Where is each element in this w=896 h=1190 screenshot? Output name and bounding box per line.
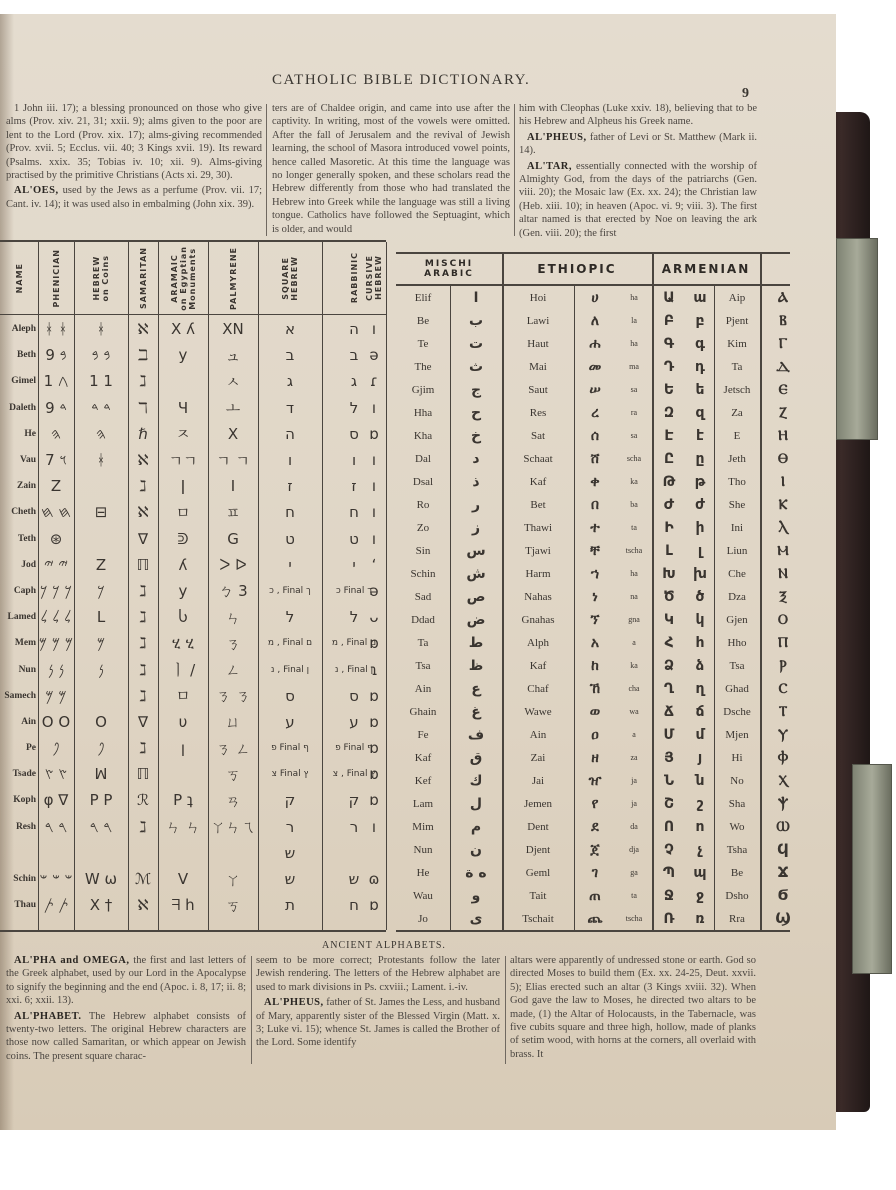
letter-name: Bet <box>502 493 574 516</box>
sub-column-letters: ሀለሐመሠረሰሸቀበተቸኀነኘአከኸወዐዘዠየደጀገጠጨ <box>574 286 616 930</box>
letter-name: Kha <box>396 424 450 447</box>
letter-glyph: ո <box>686 815 714 838</box>
letter-name: Schaat <box>502 447 574 470</box>
letter-glyph: ℷ <box>128 630 158 656</box>
letter-glyph: Է <box>652 424 686 447</box>
letter-glyph: ɒ <box>362 735 386 761</box>
letter-glyph: ᐳ ᐅ <box>208 552 258 578</box>
paragraph: AL'TAR, essentially connected with the w… <box>519 160 757 240</box>
letter-glyph: ℵ <box>128 447 158 473</box>
letter-glyph: y <box>158 342 208 368</box>
syllable-value: za <box>616 746 652 769</box>
letter-glyph: Ⲏ <box>760 424 790 447</box>
letter-glyph: ሸ <box>574 447 616 470</box>
letter-name: Res <box>502 401 574 424</box>
letter-glyph: ℷ <box>128 656 158 682</box>
sub-column-names: HoiLawiHautMaiSautResSatSchaatKafBetThaw… <box>502 286 575 930</box>
letter-glyph: ℛ <box>128 787 158 813</box>
letter-glyph: Հ <box>652 631 686 654</box>
letter-glyph: خ <box>450 424 502 447</box>
letter-glyph: ا <box>450 286 502 309</box>
letter-glyph: ℿ <box>128 761 158 787</box>
letter-glyph: Թ <box>652 470 686 493</box>
letter-glyph: ע <box>258 709 322 735</box>
column-header-label: HEBREW on Coins <box>92 255 110 302</box>
letter-glyph: Ճ <box>652 700 686 723</box>
letter-glyph: ∇ <box>128 709 158 735</box>
letter-glyph: ℵ <box>128 892 158 918</box>
letter-glyph: Ն <box>652 769 686 792</box>
letter-name: Nun <box>396 838 450 861</box>
letter-name: Nun <box>0 656 38 682</box>
paragraph: AL'OES, used by the Jews as a perfume (P… <box>6 184 262 211</box>
paragraph: 1 John iii. 17); a blessing pronounced o… <box>6 102 262 182</box>
letter-glyph: հ <box>686 631 714 654</box>
letter-glyph: ꟽ <box>74 761 128 787</box>
letter-glyph: ℷ <box>128 578 158 604</box>
section-header: MISCHI ARABIC <box>396 254 502 286</box>
letter-glyph: ረ <box>574 401 616 424</box>
letter-glyph: م <box>450 815 502 838</box>
letter-glyph: Ⲓ <box>760 470 790 493</box>
letter-glyph <box>208 840 258 866</box>
column-header-label: SAMARITAN <box>139 247 148 309</box>
letter-glyph: ذ <box>450 470 502 493</box>
syllable-value: ga <box>616 861 652 884</box>
letter-glyph: ㄢ <box>208 787 258 813</box>
syllable-value: ja <box>616 792 652 815</box>
letter-glyph: צ Final ץ <box>258 761 322 787</box>
letter-glyph: մ <box>686 723 714 746</box>
letter-glyph: ᚼ <box>74 447 128 473</box>
letter-glyph: 𐤑 𐤑 <box>38 761 74 787</box>
letter-glyph: ⊟ <box>74 499 128 525</box>
letter-name: Hho <box>714 631 760 654</box>
letter-glyph: ㄩ <box>208 709 258 735</box>
letter-glyph: Զ <box>652 401 686 424</box>
letter-glyph <box>74 840 128 866</box>
letter-glyph: ض <box>450 608 502 631</box>
alphabet-column: SAMARITANℵℶℷℸℏℵℷℵ∇ℿℷℷℷℷℷ∇ℷℿℛℷℳℵ <box>128 242 159 930</box>
syllable-value: ba <box>616 493 652 516</box>
letter-glyph: ı <box>362 473 386 499</box>
letter-glyph: የ <box>574 792 616 815</box>
letter-glyph: ㄱ ㄱ <box>208 447 258 473</box>
letter-glyph: ס <box>258 683 322 709</box>
syllable-value: wa <box>616 700 652 723</box>
letter-glyph: 𐤓 𐤓 <box>38 814 74 840</box>
letter-glyph: Ⲯ <box>760 792 790 815</box>
letter-glyph: L <box>74 604 128 630</box>
letter-glyph: 𐤐 <box>38 735 74 761</box>
letter-glyph: د <box>450 447 502 470</box>
letter-glyph: 𐤃 9 <box>38 395 74 421</box>
text-column-top-1: 1 John iii. 17); a blessing pronounced o… <box>6 102 262 213</box>
arabic-ethiopic-armenian-coptic-table: MISCHI ARABICElifBeTeTheGjimHhaKhaDalDsa… <box>396 252 790 932</box>
syllable-value: la <box>616 309 652 332</box>
letter-glyph: Պ <box>652 861 686 884</box>
letter-name: Pe <box>0 735 38 761</box>
letter-glyph: ℷ <box>128 814 158 840</box>
letter-glyph: կ <box>686 608 714 631</box>
letter-glyph: ㅅ <box>208 368 258 394</box>
letter-glyph: ط <box>450 631 502 654</box>
letter-name: Ini <box>714 516 760 539</box>
letter-glyph: 𐤌 𐤌 <box>38 683 74 709</box>
letter-glyph: ነ <box>574 585 616 608</box>
letter-name: Wau <box>396 884 450 907</box>
letter-glyph: գ <box>686 332 714 355</box>
letter-glyph: נ , Final ן <box>258 656 322 682</box>
letter-glyph: ሰ <box>574 424 616 447</box>
letter-glyph: Z <box>38 473 74 499</box>
letter-glyph: Դ <box>652 355 686 378</box>
column-divider <box>505 956 506 1064</box>
letter-glyph: բ <box>686 309 714 332</box>
letter-glyph: Ⲣ <box>760 654 790 677</box>
letter-glyph: 𐤍 <box>74 656 128 682</box>
letter-glyph: 𐤌 𐤌 𐤌 <box>38 630 74 656</box>
column-header: HEBREW on Coins <box>74 242 128 315</box>
letter-glyph: ሀ <box>574 286 616 309</box>
letter-name: Tsa <box>396 654 450 677</box>
letter-glyph: ı <box>362 814 386 840</box>
letter-glyph: ℷ <box>128 473 158 499</box>
letter-glyph: ج <box>450 378 502 401</box>
letter-glyph: ㅣ / <box>158 656 208 682</box>
letter-glyph: X <box>208 421 258 447</box>
letter-name: Wo <box>714 815 760 838</box>
letter-name: Zo <box>396 516 450 539</box>
letter-glyph: ɒ <box>362 761 386 787</box>
letter-glyph: ն <box>686 769 714 792</box>
letter-glyph: Ⲗ <box>760 516 790 539</box>
letter-glyph: 𐤐 <box>74 735 128 761</box>
script-section-mischi-arabic: MISCHI ARABICElifBeTeTheGjimHhaKhaDalDsa… <box>396 254 504 930</box>
syllable-value: ha <box>616 286 652 309</box>
letter-glyph: ɒ <box>362 892 386 918</box>
letter-name: Che <box>714 562 760 585</box>
letter-name: Schin <box>0 866 38 892</box>
syllable-value: tscha <box>616 539 652 562</box>
letter-glyph: Ձ <box>652 654 686 677</box>
column-header-label: RABBINIC <box>350 252 359 303</box>
letter-glyph: ձ <box>686 654 714 677</box>
letter-glyph: լ <box>686 539 714 562</box>
letter-glyph: G <box>208 526 258 552</box>
letter-glyph: ʻ <box>362 552 386 578</box>
letter-glyph: ኸ <box>574 677 616 700</box>
letter-name: Elif <box>396 286 450 309</box>
column-divider <box>514 104 515 236</box>
letter-glyph: א <box>258 316 322 342</box>
letter-name: Sin <box>396 539 450 562</box>
text-column-top-2: ters are of Chaldee origin, and came int… <box>272 102 510 238</box>
section-header: COPTIC <box>760 254 790 286</box>
sub-column-small: աբգդեզէըթժիլխծկհձղճմյնշոչպջռ <box>686 286 715 930</box>
letter-glyph: Ⲱ <box>760 815 790 838</box>
letter-glyph <box>74 473 128 499</box>
letter-name: Samech <box>0 683 38 709</box>
letter-glyph: 1 1 <box>74 368 128 394</box>
letter-glyph: W ω <box>74 866 128 892</box>
letter-glyph: V <box>158 866 208 892</box>
letter-name: Hoi <box>502 286 574 309</box>
letter-glyph: ժ <box>686 493 714 516</box>
letter-glyph: Ⲩ <box>760 723 790 746</box>
letter-glyph: ɿ <box>362 656 386 682</box>
letter-glyph: պ <box>686 861 714 884</box>
letter-glyph: Խ <box>652 562 686 585</box>
letter-name: Teth <box>0 526 38 552</box>
letter-glyph: כ , Final ך <box>258 578 322 604</box>
letter-glyph: ገ <box>574 861 616 884</box>
letter-glyph: Ⲡ <box>760 631 790 654</box>
letter-glyph: ג <box>258 368 322 394</box>
letter-glyph: Ⲝ <box>760 585 790 608</box>
letter-glyph: ℷ <box>128 683 158 709</box>
syllable-value: cha <box>616 677 652 700</box>
letter-glyph: չ <box>686 838 714 861</box>
letter-glyph: ճ <box>686 700 714 723</box>
alphabet-column: ARAMAIC on Egyptian MonumentsX ʎyЧㅈㄱㄱǀㅁᕲ… <box>158 242 209 930</box>
letter-glyph: ث <box>450 355 502 378</box>
letter-name: Ta <box>714 355 760 378</box>
running-header-title: CATHOLIC BIBLE DICTIONARY. <box>272 72 530 89</box>
letter-glyph: O O <box>38 709 74 735</box>
column-header: NAME <box>0 242 38 315</box>
letter-glyph: Ա <box>652 286 686 309</box>
letter-glyph: ه ة <box>450 861 502 884</box>
column-header-label: ARAMAIC on Egyptian Monuments <box>170 246 197 311</box>
letter-glyph: ㅗ <box>208 395 258 421</box>
letter-name: Tait <box>502 884 574 907</box>
letter-glyph: ℵ <box>128 499 158 525</box>
letter-glyph: Ϥ <box>760 838 790 861</box>
letter-glyph: ᖷ h <box>158 892 208 918</box>
letter-glyph: Ⲫ <box>760 746 790 769</box>
letter-glyph: ל <box>258 604 322 630</box>
letter-glyph: ش <box>450 562 502 585</box>
letter-glyph: ሠ <box>574 378 616 401</box>
letter-glyph: ተ <box>574 516 616 539</box>
letter-name: No <box>714 769 760 792</box>
letter-glyph: ر <box>450 493 502 516</box>
letter-glyph: ը <box>686 447 714 470</box>
alphabet-column: HEBREW on Coinsᚼ𐤁 𐤁1 1𐤃 𐤃𐤄ᚼ⊟Z𐤊L𐤌𐤍O𐤐ꟽP P𐤓… <box>74 242 129 930</box>
letter-glyph: 𐤂 1 <box>38 368 74 394</box>
syllable-value: ha <box>616 332 652 355</box>
section-header: ETHIOPIC <box>502 254 652 286</box>
letter-glyph: φ ∇ <box>38 787 74 813</box>
letter-glyph: ت <box>450 332 502 355</box>
letter-glyph: Ջ <box>652 884 686 907</box>
letter-name: Zai <box>502 746 574 769</box>
letter-glyph: I <box>208 473 258 499</box>
letter-glyph: ز <box>450 516 502 539</box>
letter-name: Saut <box>502 378 574 401</box>
letter-glyph: υ <box>158 709 208 735</box>
text-column-bottom-3: altars were apparently of undressed ston… <box>510 954 756 1063</box>
semitic-alphabets-table: NAMEAlephBethGimelDalethHeVauZainChethTe… <box>0 240 386 932</box>
letter-glyph: ו <box>258 447 322 473</box>
letter-glyph: ㄅ 3 <box>208 578 258 604</box>
sub-column-names: AipPjentKimTaJetschZaEJethThoSheIniLiunC… <box>714 286 760 930</box>
syllable-value: ma <box>616 355 652 378</box>
entry-headword: AL'PHEUS, <box>264 997 324 1008</box>
syllable-value: ja <box>616 769 652 792</box>
entry-headword: AL'TAR, <box>527 161 572 172</box>
letter-glyph: 𐤋 𐤋 𐤋 <box>38 604 74 630</box>
paragraph: AL'PHEUS, father of St. James the Less, … <box>256 996 500 1050</box>
letter-name: Pjent <box>714 309 760 332</box>
letter-glyph: ת <box>258 892 322 918</box>
column-header-label: CURSIVE HEBREW <box>365 255 383 301</box>
letter-glyph: ㄎ <box>208 761 258 787</box>
letter-glyph: ב <box>258 342 322 368</box>
letter-name: Daleth <box>0 395 38 421</box>
sub-column-capitals: ⲀⲂⲄⲆⲈⲌⲎⲐⲒⲔⲖⲘⲚⲜⲞⲠⲢⲤⲦⲨⲪⲬⲮⲰϤϪϬϢ <box>760 286 790 930</box>
letter-name: Fe <box>396 723 450 746</box>
letter-glyph: ጨ <box>574 907 616 930</box>
letter-glyph: ᴗ <box>362 604 386 630</box>
sub-column-names: ElifBeTeTheGjimHhaKhaDalDsalRoZoSinSchin… <box>396 286 451 930</box>
letter-glyph: է <box>686 424 714 447</box>
letter-name: Tsade <box>0 761 38 787</box>
syllable-value: a <box>616 723 652 746</box>
syllable-value: ta <box>616 516 652 539</box>
letter-glyph: Ծ <box>652 585 686 608</box>
letter-name: Jod <box>0 552 38 578</box>
letter-name: The <box>396 355 450 378</box>
letter-glyph: XN <box>208 316 258 342</box>
letter-glyph: ف <box>450 723 502 746</box>
letter-name: Tsha <box>714 838 760 861</box>
entry-headword: AL'PHA and OMEGA, <box>14 955 130 966</box>
letter-glyph: ղ <box>686 677 714 700</box>
letter-name: Geml <box>502 861 574 884</box>
letter-name: Schin <box>396 562 450 585</box>
letter-glyph: 𐤍 𐤍 <box>38 656 74 682</box>
entry-headword: AL'OES, <box>14 185 59 196</box>
letter-glyph: 𐤌 <box>74 630 128 656</box>
letter-glyph <box>74 526 128 552</box>
letter-glyph <box>38 840 74 866</box>
letter-name: Be <box>714 861 760 884</box>
alphabet-column: NAMEAlephBethGimelDalethHeVauZainChethTe… <box>0 242 39 930</box>
letter-glyph: ט <box>258 526 322 552</box>
letter-glyph: 𐤔 𐤔 𐤔 <box>38 866 74 892</box>
entry-headword: AL'PHEUS, <box>527 132 587 143</box>
letter-name: Ain <box>502 723 574 746</box>
syllable-value: sa <box>616 378 652 401</box>
letter-name: Harm <box>502 562 574 585</box>
letter-glyph <box>362 840 386 866</box>
letter-glyph: ի <box>686 516 714 539</box>
letter-name: Ghain <box>396 700 450 723</box>
letter-glyph: מ , Final ם <box>258 630 322 656</box>
paragraph: altars were apparently of undressed ston… <box>510 954 756 1061</box>
letter-glyph: դ <box>686 355 714 378</box>
letter-glyph: ب <box>450 309 502 332</box>
letter-glyph: و <box>450 884 502 907</box>
letter-name: Kef <box>396 769 450 792</box>
letter-name: Caph <box>0 578 38 604</box>
paragraph: AL'PHABET. The Hebrew alphabet consists … <box>6 1010 246 1064</box>
letter-glyph: ደ <box>574 815 616 838</box>
letter-glyph: ℿ <box>128 552 158 578</box>
letter-glyph: Չ <box>652 838 686 861</box>
letter-glyph: ə <box>362 578 386 604</box>
letter-glyph: 𐤊 𐤊 𐤊 <box>38 578 74 604</box>
letter-name: Zain <box>0 473 38 499</box>
letter-glyph: Ⲧ <box>760 700 790 723</box>
letter-name: Djent <box>502 838 574 861</box>
letter-name: Aip <box>714 286 760 309</box>
column-header-label: PHENICIAN <box>52 249 61 307</box>
letter-glyph: 𐤄 <box>38 421 74 447</box>
letter-glyph: խ <box>686 562 714 585</box>
script-section-coptic: COPTICⲀⲂⲄⲆⲈⲌⲎⲐⲒⲔⲖⲘⲚⲜⲞⲠⲢⲤⲦⲨⲪⲬⲮⲰϤϪϬϢⲁⲃⲅⲇⲉⲍ… <box>760 254 790 930</box>
letter-glyph: ∇ <box>128 526 158 552</box>
letter-glyph: ջ <box>686 884 714 907</box>
letter-glyph: Ⲕ <box>760 493 790 516</box>
letter-glyph: ュ <box>208 342 258 368</box>
letter-glyph: ǀ <box>158 473 208 499</box>
letter-glyph: ե <box>686 378 714 401</box>
letter-glyph: መ <box>574 355 616 378</box>
letter-glyph: ከ <box>574 654 616 677</box>
paragraph: AL'PHA and OMEGA, the first and last let… <box>6 954 246 1008</box>
letter-name: He <box>396 861 450 884</box>
letter-glyph: O <box>74 709 128 735</box>
letter-glyph: Ⲁ <box>760 286 790 309</box>
book-clasp-lower <box>852 764 892 974</box>
letter-name: Dent <box>502 815 574 838</box>
paragraph: AL'PHEUS, father of Levi or St. Matthew … <box>519 131 757 158</box>
letter-glyph: ℳ <box>128 866 158 892</box>
letter-glyph: 𐤃 𐤃 <box>74 395 128 421</box>
letter-glyph: ዘ <box>574 746 616 769</box>
letter-glyph: ש <box>258 840 322 866</box>
letter-glyph: Ե <box>652 378 686 401</box>
letter-name: Jemen <box>502 792 574 815</box>
letter-glyph: Լ <box>652 539 686 562</box>
alphabet-column: PALMYRENEXNュㅅㅗXㄱ ㄱIㅍGᐳ ᐅㄅ 3ㄣㄋㄥㄋ ㄋㄩㄋ ㄥㄎㄢㄚ… <box>208 242 259 930</box>
letter-glyph: ح <box>450 401 502 424</box>
letter-glyph: յ <box>686 746 714 769</box>
letter-glyph: ℷ <box>128 368 158 394</box>
letter-glyph: ա <box>686 286 714 309</box>
letter-glyph: Շ <box>652 792 686 815</box>
column-header: SAMARITAN <box>128 242 158 315</box>
letter-glyph: ℸ <box>128 395 158 421</box>
letter-name: Beth <box>0 342 38 368</box>
letter-glyph: Ը <box>652 447 686 470</box>
letter-glyph: ı <box>362 526 386 552</box>
letter-glyph: ㄣ <box>208 604 258 630</box>
letter-name: Jetsch <box>714 378 760 401</box>
letter-glyph: 𐤁 9 <box>38 342 74 368</box>
column-header-label: NAME <box>15 263 24 293</box>
letter-glyph: ɷ <box>362 866 386 892</box>
letter-glyph: P P <box>74 787 128 813</box>
syllable-value: ha <box>616 562 652 585</box>
letter-glyph: ɾ <box>362 368 386 394</box>
script-section-armenian: ARMENIANԱԲԳԴԵԶԷԸԹԺԻԼԽԾԿՀՁՂՃՄՅՆՇՈՉՊՋՌաբգդ… <box>652 254 762 930</box>
letter-glyph: ن <box>450 838 502 861</box>
letter-name: Liun <box>714 539 760 562</box>
